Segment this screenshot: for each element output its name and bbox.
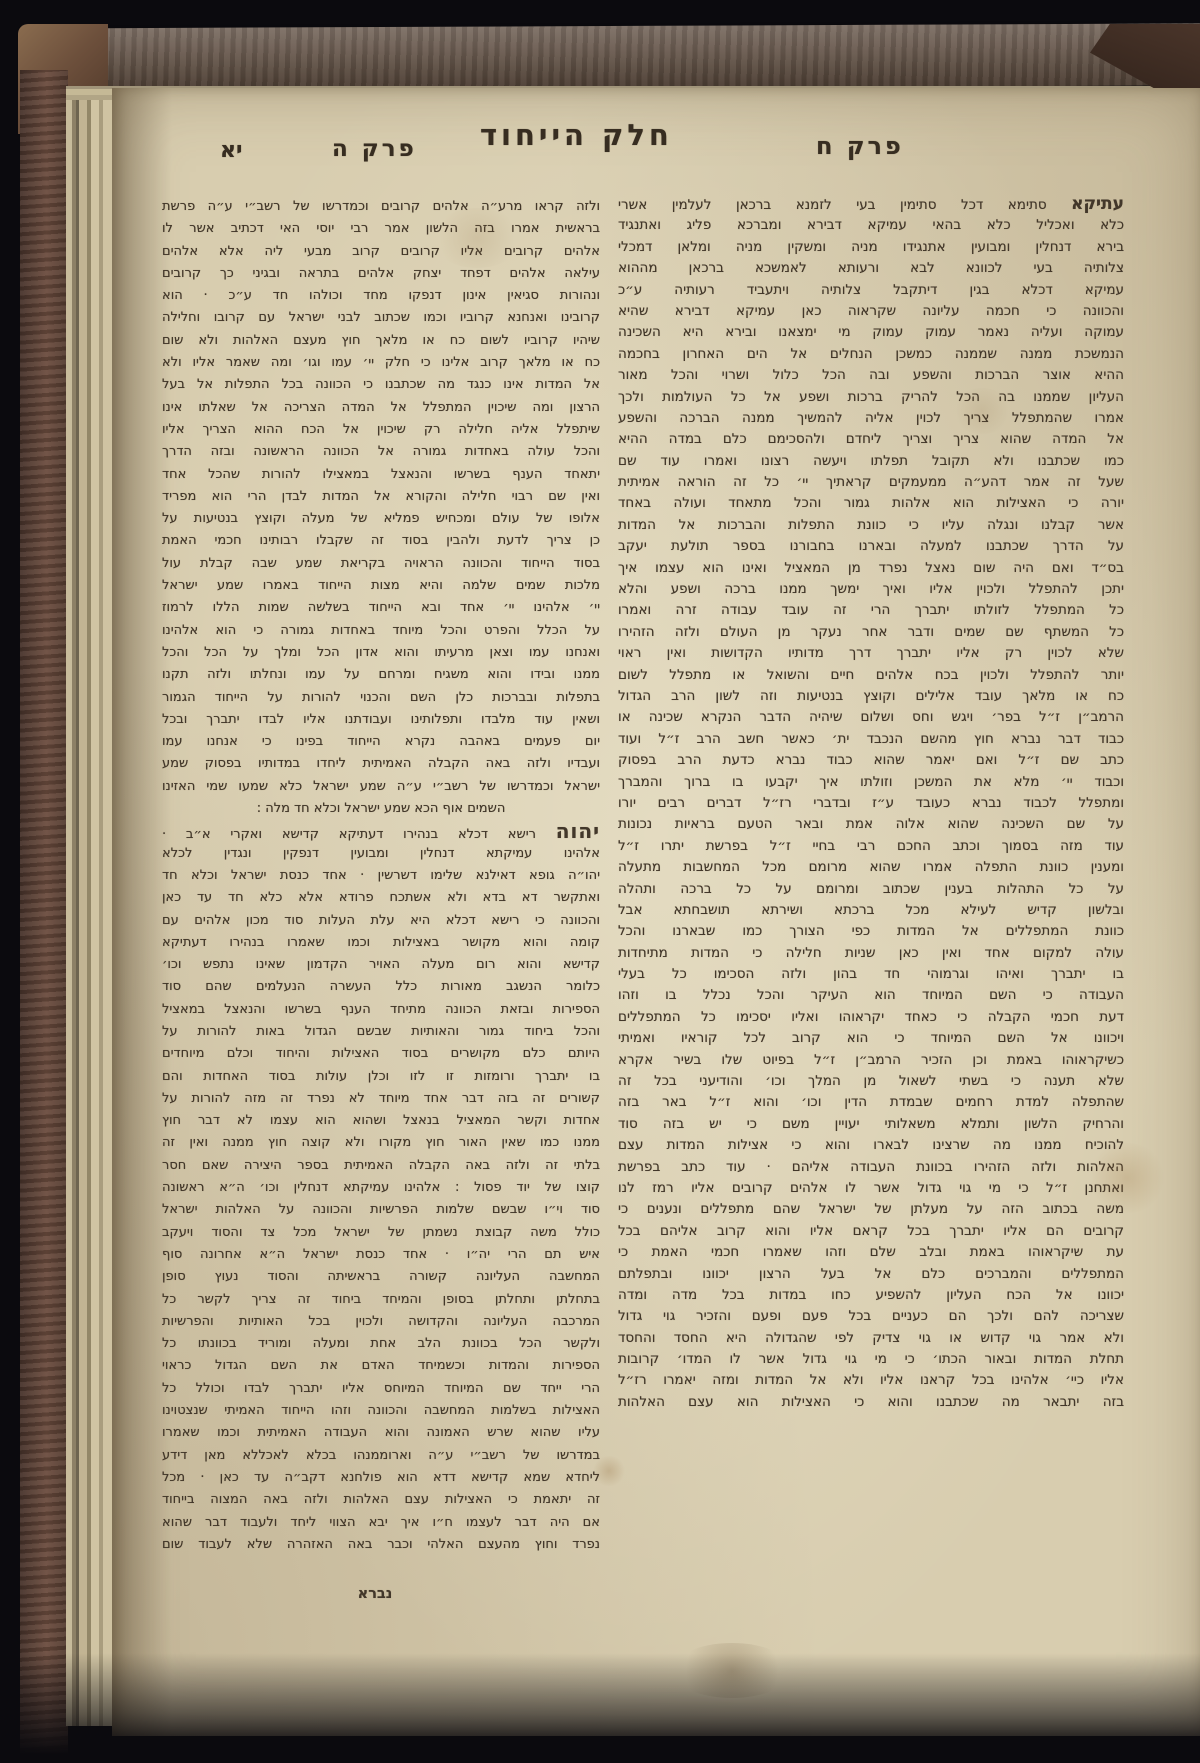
text-line: אם היה דבר לעצמו ח״ו איך יבא הצווי ליחד … <box>162 1512 600 1534</box>
text-line: ההיא אוצר הברכות והשפע ובה הכל כלול ושרו… <box>618 365 1124 386</box>
text-line: יורה כי האצילות הוא אלהות גמור והכל מתאח… <box>618 493 1124 514</box>
text-line: כולל משה קבוצת נשמתן של ישראל מכל צד והס… <box>162 1222 600 1244</box>
text-line: בתפלות ובברכות כלן השם והכנוי להורות על … <box>162 687 600 709</box>
text-line: כוונת המתפללים אל המדות כפי הצורך כמו שב… <box>618 921 1124 942</box>
text-line: אמרו שהמתפלל צריך לכוין אליה להמשיך ממנה… <box>618 408 1124 429</box>
text-line: ואתקשר דא בדא ולא אשתכח פרודא אלא כלא חד… <box>162 887 600 909</box>
text-line: ויכוונו אל השם המיוחד כי הוא קרוב לכל קו… <box>618 1028 1124 1049</box>
text-line: בסוד הייחוד והכוונה הראויה בקריאת שמע שב… <box>162 553 600 575</box>
text-line: כח או מלאך קרוב אלינו כי חלק יי׳ עמו וגו… <box>162 352 600 374</box>
text-line: אל המדה שהוא צריך וצריך ליחדם ולהסכימם כ… <box>618 429 1124 450</box>
text-line: תחלת המדות ובאור הכתו׳ כי מי גוי גדול אש… <box>618 1349 1124 1370</box>
text-line: אשר קבלנו ונגלה עליו כי כוונת התפלות והב… <box>618 515 1124 536</box>
text-line: קומה והוא מקושר באצילות וכמו שאמרו בנהיר… <box>162 932 600 954</box>
text-line: עולה למקום אחד ואין כאן שניות חלילה כי ה… <box>618 943 1124 964</box>
text-line: הרצון ומה שיכוין המתפלל אל המדה הצריכה א… <box>162 397 600 419</box>
text-line: ליחדא שמא קדישא דדא הוא פולחנא דקב״ה עד … <box>162 1467 600 1489</box>
text-column-left: ולזה קראו מרע״ה אלהים קרובים וכמדרשו של … <box>162 196 600 1556</box>
text-line: יהוה רישא דכלא בנהירו דעתיקא קדישא ואקרי… <box>162 820 600 842</box>
text-line: במדרשו של רשב״י ע״ה וארוממנהו בכלא לאכלל… <box>162 1445 600 1467</box>
text-line: כל המשתף שם שמים ודבר אחר נעקר מן העולם … <box>618 622 1124 643</box>
text-line: וכבוד יי׳ מלא את המשכן וזולתו איך יקבעו … <box>618 772 1124 793</box>
text-line: קרובינו ואנחנא קרוביו וכמו שכתוב לבני יש… <box>162 307 600 329</box>
text-line: הספירות ובזאת הכוונה מתיחד הענף בשרשו וה… <box>162 999 600 1021</box>
text-line: הנמשכת ממנה שממנה כמשכן הנחלים אל הים הא… <box>618 344 1124 365</box>
text-line: ולזה קראו מרע״ה אלהים קרובים וכמדרשו של … <box>162 196 600 218</box>
text-line: קדישא והוא רום מעלה האויר הקדמון שאינו נ… <box>162 954 600 976</box>
text-line: ישראל וכמדרשו של רשב״י ע״ה שמע ישראל כלא… <box>162 776 600 798</box>
text-line: יום פעמים באהבה נקרא הייחוד בפינו כי אנח… <box>162 731 600 753</box>
text-line: בראשית אמרו בזה הלשון אמר רבי יוסי האי ד… <box>162 218 600 240</box>
text-line: בס״ד ואם היה שום נאצל נפרד מן המאציל ואי… <box>618 558 1124 579</box>
text-line: האצילות בשלמות המחשבה והכוונה וזהו הייחו… <box>162 1400 600 1422</box>
stain <box>672 1643 792 1698</box>
text-line: אלהים קרובים אליו קרובים קרוב מבעי ליה א… <box>162 241 600 263</box>
text-line: כלא ואכליל כלא בהאי עמיקא דבירא ומברכא פ… <box>618 215 1124 236</box>
text-line: שיתפלל אליה חלילה רק שיכוין אל הכח ההוא … <box>162 419 600 441</box>
text-line: יכוונו אל הכח העליון להשפיע כחו במדות בכ… <box>618 1285 1124 1306</box>
text-line: כשיקראוהו באמת וכן הזכיר הרמב״ן ז״ל בפיו… <box>618 1050 1124 1071</box>
text-line: כבוד דבר נברא חוץ מהשם הנכבד ית׳ כאשר חש… <box>618 729 1124 750</box>
book-spine-left-edge <box>20 70 68 1763</box>
photo-background: פרק ח חלק הייחוד פרק ה יא עתיקא סתימא דכ… <box>0 0 1200 1763</box>
text-line: שעל זה אמר דהע״ה ממעמקים קראתיך יי׳ כל ז… <box>618 472 1124 493</box>
text-line: כן צריך לדעת ולהבין בסוד זה שקבלו רבותינ… <box>162 530 600 552</box>
book-page: פרק ח חלק הייחוד פרק ה יא עתיקא סתימא דכ… <box>112 88 1200 1736</box>
text-line: בו יתברך ורומזות זו לזו וכלן עולות בסוד … <box>162 1066 600 1088</box>
text-line: כל המתפלל לזולתו יתברך הרי זה עובד עבודה… <box>618 600 1124 621</box>
text-line: עת שיקראוהו באמת ובלב שלם וזהו שאמרו חכמ… <box>618 1242 1124 1263</box>
text-line: ממנו כמו שאין האור חוץ מקורו ולא קוצה חו… <box>162 1132 600 1154</box>
book-cover-top-edge <box>22 23 1200 90</box>
text-line: עוד מזה בסמוך וכתב החכם רבי בחיי ז״ל בפר… <box>618 836 1124 857</box>
text-line: ומענין כוונת התפלה אמרו שהוא מרומם מכל ה… <box>618 857 1124 878</box>
text-line: סוד וי״ו שבשם שלמות הפרשיות והכוונה על ה… <box>162 1199 600 1221</box>
text-line: יהו״ה גופא דאילנא שלימו דשרשין · אחד כנס… <box>162 865 600 887</box>
text-line: אל המדות אינו כנגד מה שכתבנו כי הכוונה ב… <box>162 374 600 396</box>
text-line: ואנחנו עמו וצאן מרעיתו והוא אדון הכל ומל… <box>162 642 600 664</box>
text-line: והכוונה כי חכמה עליונה שקראוה כאן עמיקא … <box>618 301 1124 322</box>
text-line: שצריכה להם ולכך הם כעניים בכל פעם ופעם ו… <box>618 1306 1124 1327</box>
tetragrammaton-word: יהוה <box>556 819 600 843</box>
text-line: עליו שהוא שרש האמונה והוא העבודה האמיתית… <box>162 1422 600 1444</box>
text-line: שהתפלה למדת רחמים שבמדת הדין וכו׳ והוא ז… <box>618 1092 1124 1113</box>
text-line: על הדרך שכתבנו למעלה ובארנו בחבורנו בספר… <box>618 536 1124 557</box>
text-line: בלתי זה ולזה באה הקבלה האמיתית בספר היצי… <box>162 1155 600 1177</box>
text-line: עילאה אלהים דפחד יצחק אלהים בתראה ובגיני… <box>162 263 600 285</box>
text-line: להוכיח ממנו מה שרצינו לבארו והוא כי אציל… <box>618 1135 1124 1156</box>
text-line: הרי ייחד שם המיוחד המיוחס אליו יתברך לבד… <box>162 1378 600 1400</box>
text-line: אחדות וקשר המאציל בנאצל ושהוא הוא עצמו ל… <box>162 1110 600 1132</box>
text-line: יי׳ אלהינו יי׳ אחד ובא הייחוד בשלשה שמות… <box>162 597 600 619</box>
text-line: צלותיה בעי לכוונא לבא ורעותא לאמשכא ברכא… <box>618 258 1124 279</box>
text-line: והכוונה כי רישא דכלא היא עלת העלות סוד מ… <box>162 910 600 932</box>
text-line: ומתפלל לכבוד נברא כעובד ע״ז ובדברי רז״ל … <box>618 793 1124 814</box>
text-line: היותם כלם מקושרים בסוד האצילות והיחוד וכ… <box>162 1043 600 1065</box>
text-line: ממנו ובידו והוא משגיח ומרחם על עמו ונחלת… <box>162 664 600 686</box>
text-line: בזה יתבאר מה שכתבנו והוא כי האצילות הוא … <box>618 1392 1124 1413</box>
text-line: דעת חכמי הקבלה כי כאחד יקראוהו ואליו יסכ… <box>618 1007 1124 1028</box>
text-line: יותר להתפלל ולכוין בכח אלהים חיים והשואל… <box>618 665 1124 686</box>
text-line: יתכן להתפלל ולכוין אליו ואיך ימשך ממנו ב… <box>618 579 1124 600</box>
text-line: זה יתאמת כי האצילות עצם האלהות ולזה באה … <box>162 1489 600 1511</box>
text-line: ונהורות סגיאין אינון דנפקו מחד וכולהו חד… <box>162 285 600 307</box>
text-line: כח או מלאך עובד אלילים וקוצץ בנטיעות וזה… <box>618 686 1124 707</box>
text-line: ולקשר הכל בכוונת הלב אחת ומעלה ומוריד בכ… <box>162 1333 600 1355</box>
text-line: בירא דנחלין ומבועין אתנגידו מניה ומשקין … <box>618 237 1124 258</box>
text-line: ואין שם רבוי חלילה והקורא אל המדות לבדן … <box>162 486 600 508</box>
text-line: כמו שכתבנו ולא תקובל תפלתו ויעשה רצונו ו… <box>618 451 1124 472</box>
text-line: והרחיק הלשון ותמלא משאלותי יעויין משם כי… <box>618 1114 1124 1135</box>
text-line: והכל ביחוד גמור והאותיות שבשם הגדול באות… <box>162 1021 600 1043</box>
text-line: איש תם הרי יה״ו · אחד כנסת ישראל ה״א אחר… <box>162 1244 600 1266</box>
text-line: בו יתברך ואיהו וגרמוהי חד בהון ולזה הסכי… <box>618 964 1124 985</box>
text-line: נפרד וחוץ מהעצם האלהי וכבר באה האזהרה של… <box>162 1534 600 1556</box>
text-line: על שם השכינה שהוא אלוה אמת ובאר הטעם ברא… <box>618 814 1124 835</box>
text-line: משה בכתוב הזה על מעלתן של ישראל שהם מתפל… <box>618 1199 1124 1220</box>
header-chapter-right: פרק ח <box>816 132 904 160</box>
text-line: על כל התהלות בענין שכתוב ומרומם על כל בר… <box>618 879 1124 900</box>
text-line: עמוקה ועליה נאמר עמוק עמוק מי ימצאנו ובי… <box>618 322 1124 343</box>
header-chapter-left: פרק ה <box>332 136 417 162</box>
text-line: מלכות שמים שלמה והיא מצות הייחוד באמרו ש… <box>162 575 600 597</box>
text-line: יתאחד הענף בשרשו והנאצל במאצילו להורות ש… <box>162 464 600 486</box>
text-line: הרמב״ן ז״ל בפר׳ ויגש וחס ושלום שיהיה הדב… <box>618 707 1124 728</box>
text-line: המתפללים והמברכים כלם אל בעל הרצון יכוונ… <box>618 1264 1124 1285</box>
text-line: והכל עולה באחדות גמורה אל הכוונה הראשונה… <box>162 441 600 463</box>
text-line: העליון שממנו בה הכל להריק ברכות ושפע אל … <box>618 387 1124 408</box>
text-line: שלא לכוין רק אליו יתברך דרך מדותיו הקדוש… <box>618 643 1124 664</box>
text-line: שיהיו קרוביו לשום כח או מלאך חוץ מעצם הא… <box>162 330 600 352</box>
text-line: כלומר הנשגב מאורות כלל העשרה הנעלמים שהם… <box>162 976 600 998</box>
text-line: אלופו של עולם ומכחיש פמליא של מעלה וקוצץ… <box>162 508 600 530</box>
text-line: על הכלל והפרט והכל מיוחד באחדות גמורה כי… <box>162 620 600 642</box>
text-line: הספירות והמדות וכשמיחד האדם את השם הגדול… <box>162 1355 600 1377</box>
text-line: ובלשון קדיש לעילא מכל ברכתא ושירתא תושבח… <box>618 900 1124 921</box>
text-line: ושאין עוד מלבדו ותפלותינו ועבודתנו אליו … <box>162 709 600 731</box>
enlarged-initial-word: עתיקא <box>1071 194 1124 214</box>
text-column-right: עתיקא סתימא דכל סתימין בעי לזמנא ברכאן ל… <box>618 194 1124 1413</box>
text-line: קוצו של יוד פסול : אלהינו עמיקתא דנחלין … <box>162 1177 600 1199</box>
text-line: האלהות ולזה הזהירו בכוונת העבודה אליהם ·… <box>618 1157 1124 1178</box>
text-line: אליו כיי׳ אלהינו בכל קראנו אליו ולא אל ה… <box>618 1370 1124 1391</box>
text-line: ולא אמר גוי קדוש או גוי צדיק לפי שהגדולה… <box>618 1328 1124 1349</box>
stacked-page-edges-left <box>66 86 116 1726</box>
text-line: המחשבה העליונה קשורה בראשיתה והסוד נעוץ … <box>162 1266 600 1288</box>
text-line: קשורים זה בזה דבר אחד מיוחד לא נפרד זה מ… <box>162 1088 600 1110</box>
text-line: קרובים הם אליו יתברך בכל קראם אליו והוא … <box>618 1221 1124 1242</box>
text-line: בתחלתן ותחלתן בסופן והמיחד ביחוד זה צריך… <box>162 1289 600 1311</box>
text-line: המרכבה העליונה והקדושה ולכוין בכל האותיו… <box>162 1311 600 1333</box>
text-line: עתיקא סתימא דכל סתימין בעי לזמנא ברכאן ל… <box>618 194 1124 215</box>
text-line: השמים אוף הכא שמע ישראל וכלא חד מלה : <box>162 798 600 820</box>
text-line: העבודה כי השם המיוחד הוא העיקר והכל נכלל… <box>618 985 1124 1006</box>
text-line: עמיקא דכלא בגין דיתקבל צלותיה ויתעביד רע… <box>618 280 1124 301</box>
text-line: ועבדיו ולזה באה הקבלה האמיתית ליחדו במדו… <box>162 753 600 775</box>
text-line: כתב שם ז״ל ואם יאמר שהוא כבוד נברא כדעת … <box>618 750 1124 771</box>
header-section-title: חלק הייחוד <box>480 118 673 152</box>
catchword: נברא <box>340 1586 410 1602</box>
text-line: אלהינו עמיקתא דנחלין ומבועין דנפקין ונגד… <box>162 843 600 865</box>
header-folio-number: יא <box>220 138 243 163</box>
text-line: שלא תענה כי בשתי לשאול מן המלך וכו׳ והוד… <box>618 1071 1124 1092</box>
text-line: ואתחנן ז״ל כי מי גוי גדול אשר לו אלהים ק… <box>618 1178 1124 1199</box>
